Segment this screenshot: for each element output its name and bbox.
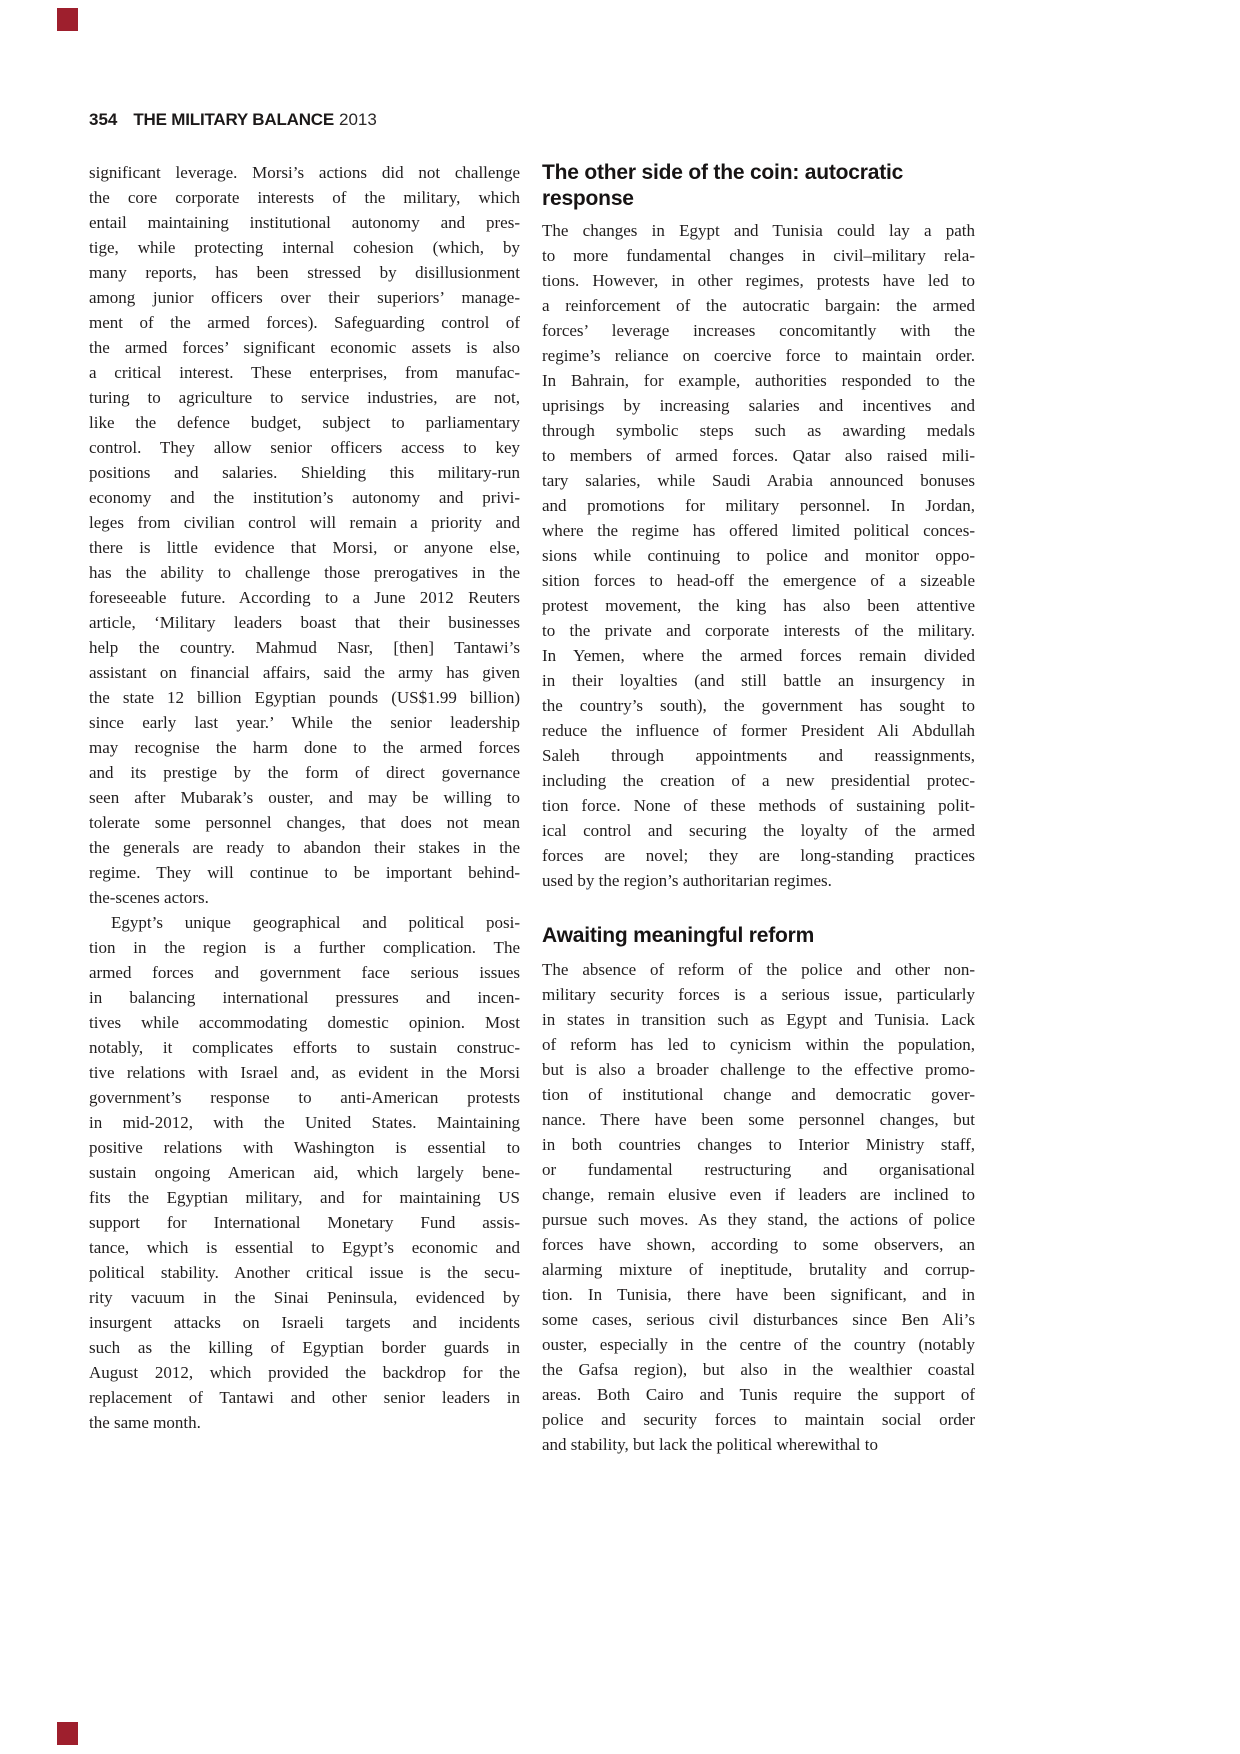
text-line: The changes in Egypt and Tunisia could l… (542, 218, 975, 243)
text-line: tary salaries, while Saudi Arabia announ… (542, 468, 975, 493)
text-line: a critical interest. These enterprises, … (89, 360, 520, 385)
text-line: economy and the institution’s autonomy a… (89, 485, 520, 510)
text-line: political stability. Another critical is… (89, 1260, 520, 1285)
text-line: has the ability to challenge those prero… (89, 560, 520, 585)
text-line: foreseeable future. According to a June … (89, 585, 520, 610)
paragraph: The changes in Egypt and Tunisia could l… (542, 218, 975, 893)
text-line: the same month. (89, 1410, 520, 1435)
text-line: the generals are ready to abandon their … (89, 835, 520, 860)
page-number: 354 (89, 110, 117, 129)
text-line: leges from civilian control will remain … (89, 510, 520, 535)
running-header: 354THE MILITARY BALANCE2013 (89, 110, 377, 129)
text-line: entail maintaining institutional autonom… (89, 210, 520, 235)
text-line: tion of institutional change and democra… (542, 1082, 975, 1107)
text-line: tion force. None of these methods of sus… (542, 793, 975, 818)
right-column: The other side of the coin: autocratic r… (542, 160, 975, 1457)
text-line: forces’ leverage increases concomitantly… (542, 318, 975, 343)
text-line: reduce the influence of former President… (542, 718, 975, 743)
text-line: of reform has led to cynicism within the… (542, 1032, 975, 1057)
text-line: or fundamental restructuring and organis… (542, 1157, 975, 1182)
chapter-tab-mark-bottom (57, 1722, 78, 1745)
text-line: turing to agriculture to service industr… (89, 385, 520, 410)
paragraph: Egypt’s unique geographical and politica… (89, 910, 520, 1435)
text-line: Saleh through appointments and reassignm… (542, 743, 975, 768)
paragraph: significant leverage. Morsi’s actions di… (89, 160, 520, 910)
left-column: significant leverage. Morsi’s actions di… (89, 160, 520, 1435)
text-line: rity vacuum in the Sinai Peninsula, evid… (89, 1285, 520, 1310)
text-line: article, ‘Military leaders boast that th… (89, 610, 520, 635)
text-line: replacement of Tantawi and other senior … (89, 1385, 520, 1410)
text-line: the core corporate interests of the mili… (89, 185, 520, 210)
text-line: armed forces and government face serious… (89, 960, 520, 985)
text-line: where the regime has offered limited pol… (542, 518, 975, 543)
book-title: THE MILITARY BALANCE (133, 110, 334, 129)
text-line: tolerate some personnel changes, that do… (89, 810, 520, 835)
text-line: in balancing international pressures and… (89, 985, 520, 1010)
text-line: and its prestige by the form of direct g… (89, 760, 520, 785)
text-line: fits the Egyptian military, and for main… (89, 1185, 520, 1210)
text-line: regime’s reliance on coercive force to m… (542, 343, 975, 368)
text-line: the-scenes actors. (89, 885, 520, 910)
text-line: insurgent attacks on Israeli targets and… (89, 1310, 520, 1335)
text-line: the country’s south), the government has… (542, 693, 975, 718)
text-line: since early last year.’ While the senior… (89, 710, 520, 735)
text-line: The absence of reform of the police and … (542, 957, 975, 982)
text-line: in mid-2012, with the United States. Mai… (89, 1110, 520, 1135)
text-line: but is also a broader challenge to the e… (542, 1057, 975, 1082)
text-line: support for International Monetary Fund … (89, 1210, 520, 1235)
text-line: the Gafsa region), but also in the wealt… (542, 1357, 975, 1382)
text-line: areas. Both Cairo and Tunis require the … (542, 1382, 975, 1407)
section-heading: The other side of the coin: autocratic r… (542, 160, 975, 212)
text-line: sustain ongoing American aid, which larg… (89, 1160, 520, 1185)
text-line: to the private and corporate interests o… (542, 618, 975, 643)
text-line: military security forces is a serious is… (542, 982, 975, 1007)
text-line: there is little evidence that Morsi, or … (89, 535, 520, 560)
text-line: tion in the region is a further complica… (89, 935, 520, 960)
text-line: like the defence budget, subject to parl… (89, 410, 520, 435)
text-line: and stability, but lack the political wh… (542, 1432, 975, 1457)
text-line: significant leverage. Morsi’s actions di… (89, 160, 520, 185)
text-line: change, remain elusive even if leaders a… (542, 1182, 975, 1207)
text-line: forces have shown, according to some obs… (542, 1232, 975, 1257)
text-line: in both countries changes to Interior Mi… (542, 1132, 975, 1157)
text-line: uprisings by increasing salaries and inc… (542, 393, 975, 418)
text-line: pursue such moves. As they stand, the ac… (542, 1207, 975, 1232)
text-line: tion. In Tunisia, there have been signif… (542, 1282, 975, 1307)
text-line: tance, which is essential to Egypt’s eco… (89, 1235, 520, 1260)
section-heading: Awaiting meaningful reform (542, 923, 975, 949)
text-line: nance. There have been some personnel ch… (542, 1107, 975, 1132)
text-line: police and security forces to maintain s… (542, 1407, 975, 1432)
text-line: ment of the armed forces). Safeguarding … (89, 310, 520, 335)
text-line: may recognise the harm done to the armed… (89, 735, 520, 760)
text-line: forces are novel; they are long-standing… (542, 843, 975, 868)
text-line: such as the killing of Egyptian border g… (89, 1335, 520, 1360)
text-line: Egypt’s unique geographical and politica… (89, 910, 520, 935)
text-line: the state 12 billion Egyptian pounds (US… (89, 685, 520, 710)
text-line: and promotions for military personnel. I… (542, 493, 975, 518)
text-line: In Yemen, where the armed forces remain … (542, 643, 975, 668)
text-line: many reports, has been stressed by disil… (89, 260, 520, 285)
text-line: used by the region’s authoritarian regim… (542, 868, 975, 893)
text-line: the armed forces’ significant economic a… (89, 335, 520, 360)
text-line: to more fundamental changes in civil–mil… (542, 243, 975, 268)
text-line: tives while accommodating domestic opini… (89, 1010, 520, 1035)
text-line: government’s response to anti-American p… (89, 1085, 520, 1110)
text-line: in their loyalties (and still battle an … (542, 668, 975, 693)
text-line: ouster, especially in the centre of the … (542, 1332, 975, 1357)
text-line: among junior officers over their superio… (89, 285, 520, 310)
text-line: notably, it complicates efforts to susta… (89, 1035, 520, 1060)
text-line: control. They allow senior officers acce… (89, 435, 520, 460)
text-line: sition forces to head-off the emergence … (542, 568, 975, 593)
text-line: positive relations with Washington is es… (89, 1135, 520, 1160)
text-line: help the country. Mahmud Nasr, [then] Ta… (89, 635, 520, 660)
text-line: through symbolic steps such as awarding … (542, 418, 975, 443)
text-line: some cases, serious civil disturbances s… (542, 1307, 975, 1332)
text-line: seen after Mubarak’s ouster, and may be … (89, 785, 520, 810)
edition-year: 2013 (339, 110, 377, 129)
book-page: 354THE MILITARY BALANCE2013 significant … (0, 0, 1240, 1754)
text-line: assistant on financial affairs, said the… (89, 660, 520, 685)
text-line: to members of armed forces. Qatar also r… (542, 443, 975, 468)
paragraph: The absence of reform of the police and … (542, 957, 975, 1457)
text-line: in states in transition such as Egypt an… (542, 1007, 975, 1032)
text-line: tige, while protecting internal cohesion… (89, 235, 520, 260)
text-line: protest movement, the king has also been… (542, 593, 975, 618)
text-line: alarming mixture of ineptitude, brutalit… (542, 1257, 975, 1282)
text-line: positions and salaries. Shielding this m… (89, 460, 520, 485)
chapter-tab-mark-top (57, 8, 78, 31)
text-line: sions while continuing to police and mon… (542, 543, 975, 568)
text-line: August 2012, which provided the backdrop… (89, 1360, 520, 1385)
text-line: including the creation of a new presiden… (542, 768, 975, 793)
text-line: ical control and securing the loyalty of… (542, 818, 975, 843)
text-line: tions. However, in other regimes, protes… (542, 268, 975, 293)
text-line: In Bahrain, for example, authorities res… (542, 368, 975, 393)
text-line: tive relations with Israel and, as evide… (89, 1060, 520, 1085)
text-line: regime. They will continue to be importa… (89, 860, 520, 885)
text-line: a reinforcement of the autocratic bargai… (542, 293, 975, 318)
